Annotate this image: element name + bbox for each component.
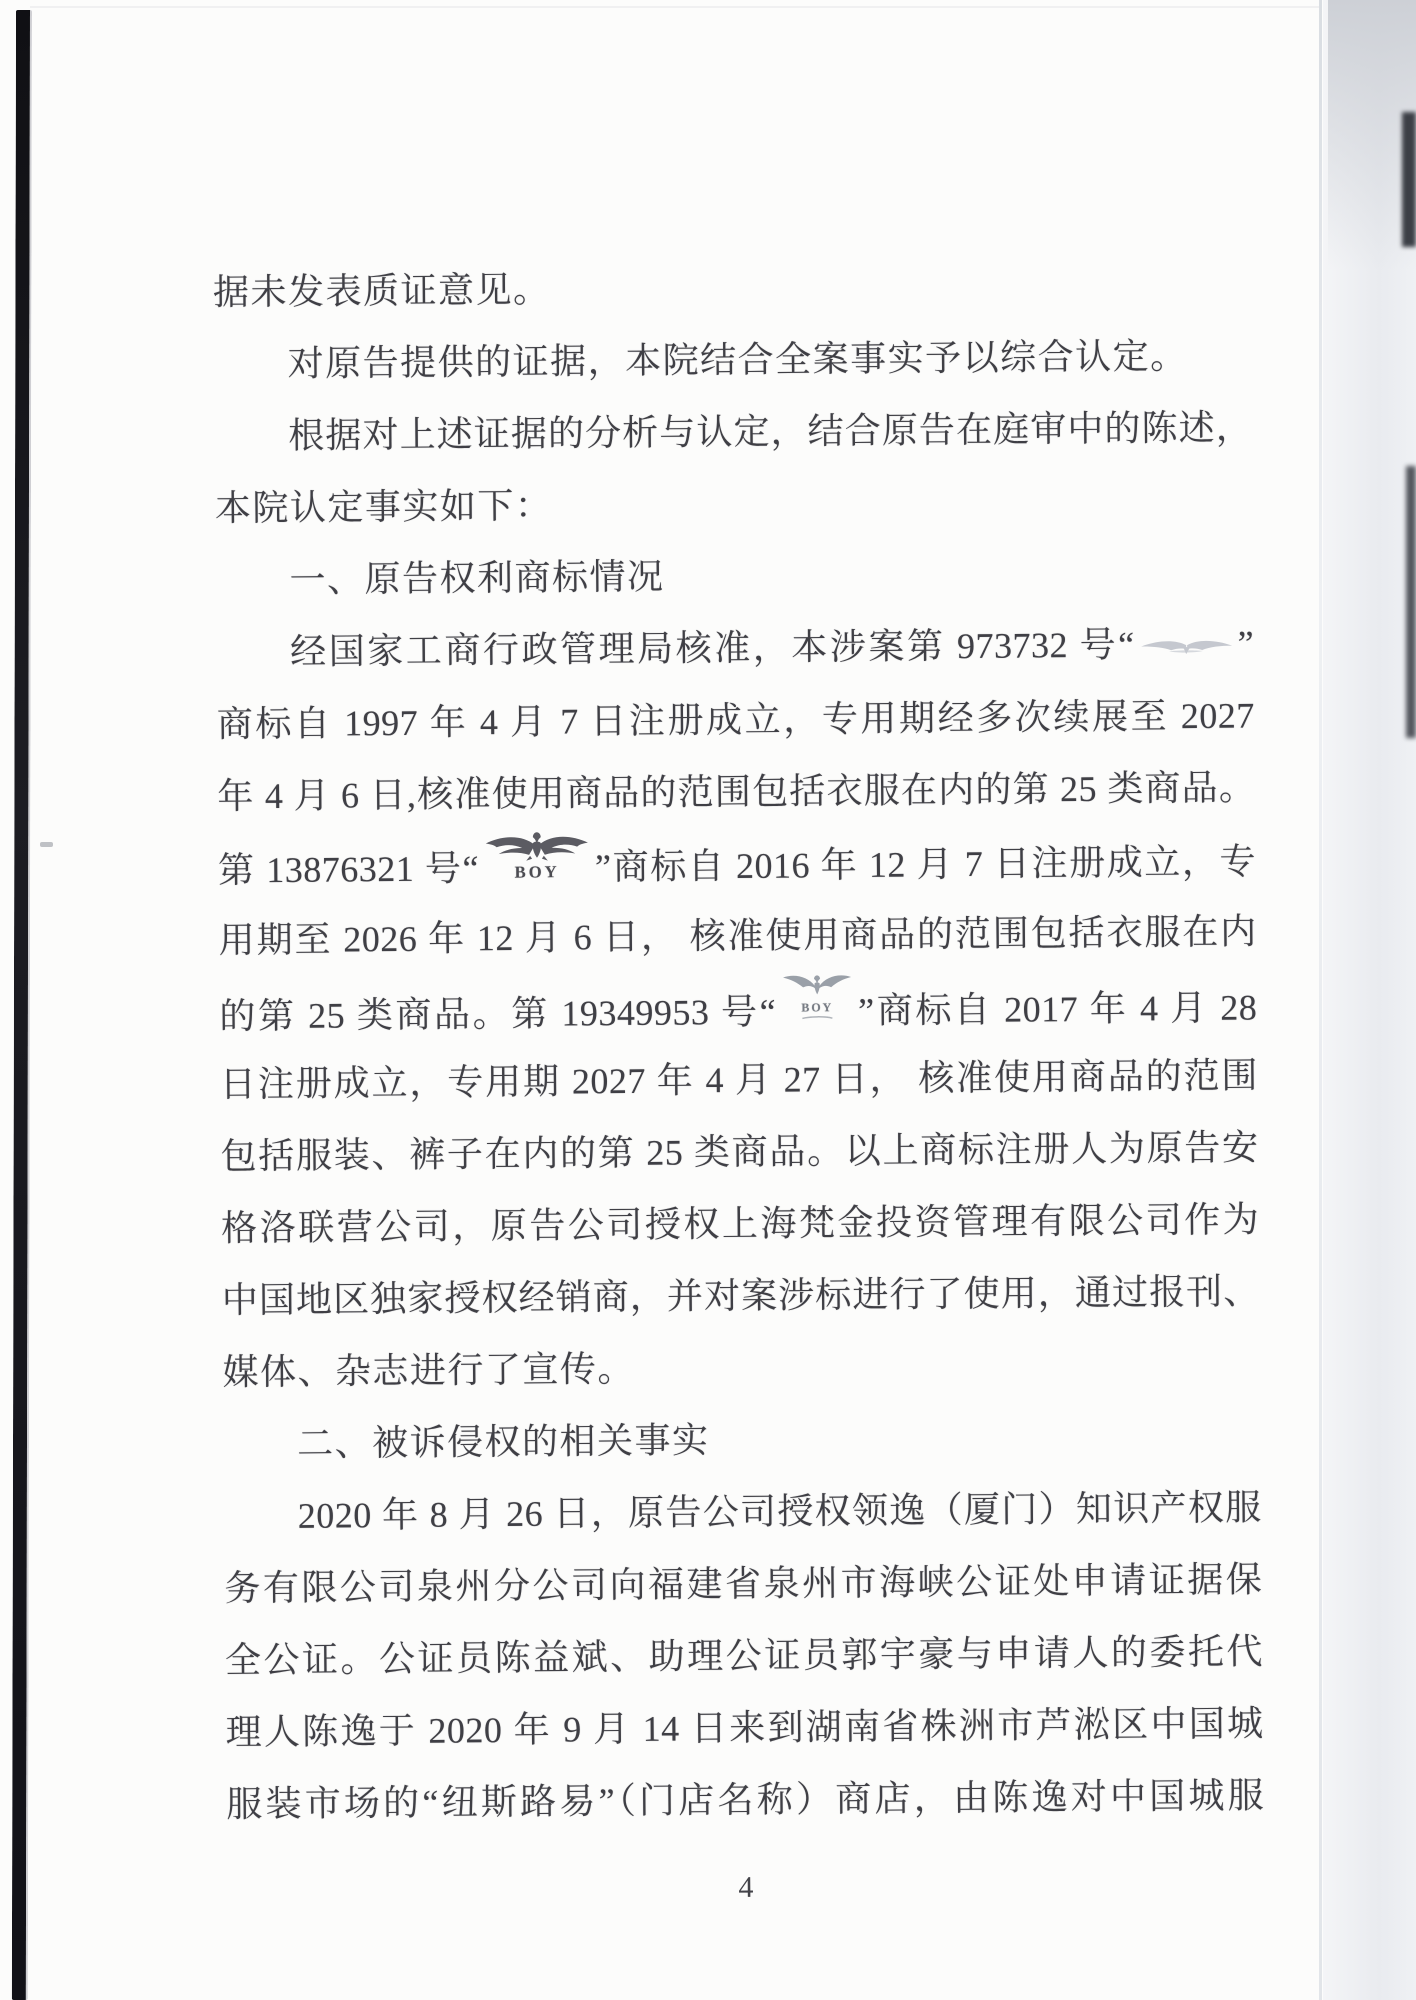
text-segment: 的第 25 类商品。第 19349953 号“ <box>219 992 776 1037</box>
text-segment: 根据对上述证据的分析与认定，结合原告在庭审中的陈述， <box>288 407 1252 455</box>
scan-top-hairline <box>30 6 1320 8</box>
text-segment: ”商标自 2017 年 4 月 28 <box>858 987 1258 1030</box>
right-edge-streak <box>1402 112 1416 247</box>
text-line-8: 年 4 月 6 日,核准使用商品的范围包括衣服在内的第 25 类商品。 <box>217 751 1256 832</box>
text-segment: 第 13876321 号“ <box>218 848 479 890</box>
text-segment: 媒体、杂志进行了宣传。 <box>222 1349 635 1393</box>
text-segment: 2020 年 8 月 26 日，原告公司授权领逸（厦门）知识产权服 <box>298 1487 1262 1535</box>
text-line-20: 全公证。公证员陈益斌、助理公证员郭宇豪与申请人的委托代 <box>225 1615 1264 1696</box>
text-segment: 年 4 月 6 日,核准使用商品的范围包括衣服在内的第 25 类商品。 <box>217 767 1255 816</box>
text-segment: 二、被诉侵权的相关事实 <box>297 1420 710 1464</box>
right-fold-shadow <box>1323 0 1416 2000</box>
text-line-3: 根据对上述证据的分析与认定，结合原告在庭审中的陈述， <box>214 391 1253 472</box>
text-segment: 本院认定事实如下： <box>215 486 553 529</box>
text-segment: 据未发表质证意见。 <box>213 270 551 313</box>
text-line-15: 中国地区独家授权经销商，并对案涉标进行了使用，通过报刊、 <box>222 1255 1261 1336</box>
text-line-2: 对原告提供的证据，本院结合全案事实予以综合认定。 <box>213 320 1252 401</box>
text-line-22: 服装市场的“纽斯路易”（门店名称）商店，由陈逸对中国城服 <box>226 1759 1265 1840</box>
text-segment: 理人陈逸于 2020 年 9 月 14 日来到湖南省株洲市芦淞区中国城 <box>225 1703 1263 1752</box>
eagle-faint-logo <box>1139 636 1234 659</box>
text-line-1: 据未发表质证意见。 <box>213 248 1252 329</box>
text-segment: 商标自 1997 年 4 月 7 日注册成立，专用期经多次续展至 2027 <box>217 695 1255 744</box>
right-fold-line <box>1319 0 1322 2000</box>
text-line-16: 媒体、杂志进行了宣传。 <box>222 1327 1261 1408</box>
text-line-17: 二、被诉侵权的相关事实 <box>223 1399 1262 1480</box>
text-line-14: 格洛联营公司，原告公司授权上海梵金投资管理有限公司作为 <box>221 1183 1260 1264</box>
text-segment: 对原告提供的证据，本院结合全案事实予以综合认定。 <box>287 336 1187 384</box>
text-segment: 经国家工商行政管理局核准，本涉案第 973732 号“ <box>290 625 1135 672</box>
text-segment: 务有限公司泉州分公司向福建省泉州市海峡公证处申请证据保 <box>224 1559 1262 1608</box>
scanned-court-document-page: 据未发表质证意见。对原告提供的证据，本院结合全案事实予以综合认定。根据对上述证据… <box>0 0 1416 2000</box>
document-text: 据未发表质证意见。对原告提供的证据，本院结合全案事实予以综合认定。根据对上述证据… <box>213 248 1266 1929</box>
boy-wordmark: BOY <box>514 862 559 881</box>
text-segment: 用期至 2026 年 12 月 6 日， 核准使用商品的范围包括衣服在内 <box>219 911 1257 960</box>
text-line-11: 的第 25 类商品。第 19349953 号“ BOY ”商标自 2017 年 … <box>219 967 1258 1048</box>
page-number: 4 <box>227 1847 1266 1928</box>
text-line-10: 用期至 2026 年 12 月 6 日， 核准使用商品的范围包括衣服在内 <box>218 895 1257 976</box>
boy-wordmark-small: BOY <box>801 1000 833 1014</box>
text-line-19: 务有限公司泉州分公司向福建省泉州市海峡公证处申请证据保 <box>224 1543 1263 1624</box>
text-line-18: 2020 年 8 月 26 日，原告公司授权领逸（厦门）知识产权服 <box>223 1471 1262 1552</box>
text-segment: 一、原告权利商标情况 <box>289 557 664 600</box>
text-segment: 包括服装、裤子在内的第 25 类商品。以上商标注册人为原告安 <box>220 1127 1258 1176</box>
text-line-7: 商标自 1997 年 4 月 7 日注册成立，专用期经多次续展至 2027 <box>216 679 1255 760</box>
text-line-9: 第 13876321 号“ BOY ”商标自 2016 年 12 月 7 日注册… <box>218 823 1257 904</box>
text-line-4: 本院认定事实如下： <box>215 463 1254 544</box>
left-edge-smudge <box>40 842 53 847</box>
text-line-5: 一、原告权利商标情况 <box>215 535 1254 616</box>
text-segment: ”商标自 2016 年 12 月 7 日注册成立，专 <box>595 841 1256 887</box>
text-segment: 格洛联营公司，原告公司授权上海梵金投资管理有限公司作为 <box>221 1199 1259 1248</box>
boy-small-script-line <box>802 1017 832 1019</box>
text-line-6: 经国家工商行政管理局核准，本涉案第 973732 号“ ” <box>216 607 1255 688</box>
boy-eagle-small-logo: BOY <box>780 971 854 1028</box>
text-line-21: 理人陈逸于 2020 年 9 月 14 日来到湖南省株洲市芦淞区中国城 <box>225 1687 1264 1768</box>
text-segment: 日注册成立，专用期 2027 年 4 月 27 日， 核准使用商品的范围 <box>220 1055 1258 1104</box>
left-binding-shadow <box>12 10 32 2000</box>
right-edge-streak <box>1406 466 1416 738</box>
text-line-12: 日注册成立，专用期 2027 年 4 月 27 日， 核准使用商品的范围 <box>220 1039 1259 1120</box>
text-segment: 服装市场的“纽斯路易”（门店名称）商店，由陈逸对中国城服 <box>226 1775 1264 1824</box>
boy-eagle-logo: BOY <box>483 829 591 884</box>
text-segment: ” <box>1237 623 1254 663</box>
text-line-13: 包括服装、裤子在内的第 25 类商品。以上商标注册人为原告安 <box>220 1111 1259 1192</box>
text-segment: 中国地区独家授权经销商，并对案涉标进行了使用，通过报刊、 <box>222 1271 1260 1320</box>
text-segment: 全公证。公证员陈益斌、助理公证员郭宇豪与申请人的委托代 <box>225 1631 1263 1680</box>
